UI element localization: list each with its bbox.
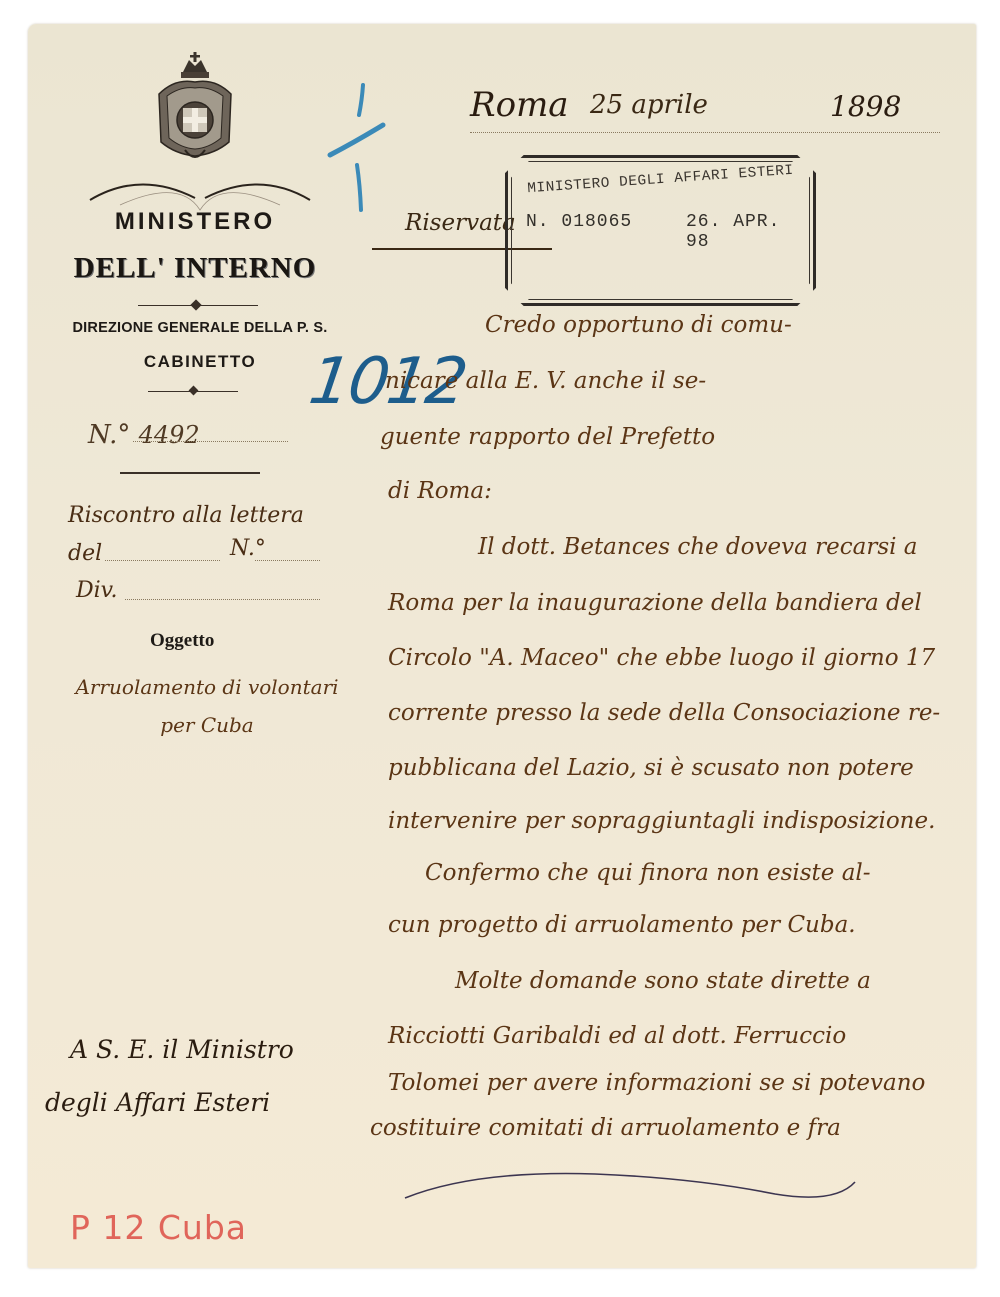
body-line: pubblicana del Lazio, si è scusato non p…: [388, 755, 914, 781]
n-dotline: [255, 560, 320, 561]
div-dotline: [125, 599, 320, 600]
protocol-number: N.° 4492: [88, 420, 200, 450]
body-line: Confermo che qui finora non esiste al-: [425, 860, 871, 886]
body-line: corrente presso la sede della Consociazi…: [388, 700, 940, 726]
body-line: cun progetto di arruolamento per Cuba.: [388, 912, 856, 938]
subject-label: Oggetto: [150, 630, 214, 652]
body-line: guente rapporto del Prefetto: [380, 424, 715, 450]
office-name: CABINETTO: [50, 352, 350, 372]
subject-line2: per Cuba: [62, 706, 352, 744]
del-label: del: [68, 541, 102, 566]
receipt-stamp: MINISTERO DEGLI AFFARI ESTERI N. 018065 …: [505, 155, 816, 306]
body-line: costituire comitati di arruolamento e fr…: [370, 1115, 841, 1141]
date-year: 1898: [830, 90, 901, 123]
body-line: di Roma:: [388, 478, 492, 504]
protocol-label: N.°: [88, 420, 130, 450]
body-line: Ricciotti Garibaldi ed al dott. Ferrucci…: [388, 1023, 846, 1049]
body-line: Credo opportuno di comu-: [485, 312, 792, 338]
date-place: Roma: [470, 85, 569, 125]
body-line: Tolomei per avere informazioni se si pot…: [388, 1070, 925, 1096]
subject-line1: Arruolamento di volontari: [62, 668, 352, 706]
n-label: N.°: [230, 536, 266, 561]
blue-cross-mark-icon: [325, 80, 395, 220]
red-archive-note: P 12 Cuba: [70, 1208, 247, 1247]
addressee-line1: A S. E. il Ministro: [70, 1035, 294, 1064]
body-line: Il dott. Betances che doveva recarsi a: [478, 534, 918, 560]
ministry-title-line1: MINISTERO: [60, 208, 330, 236]
body-line: Circolo "A. Maceo" che ebbe luogo il gio…: [388, 645, 935, 671]
ministry-title-line2: DELL' INTERNO: [40, 252, 350, 285]
riscontro-label: Riscontro alla lettera: [68, 503, 304, 528]
savoy-coat-of-arms-icon: [145, 52, 245, 172]
classification-label: Riservata: [405, 210, 516, 236]
body-line: nicare alla E. V. anche il se-: [385, 368, 706, 394]
date-day-month: 25 aprile: [590, 90, 708, 120]
stamp-number: N. 018065: [526, 212, 632, 232]
closing-flourish: [395, 1160, 875, 1210]
department-name: DIREZIONE GENERALE DELLA P. S.: [50, 320, 350, 336]
protocol-dotline: [133, 441, 288, 442]
protocol-value: 4492: [139, 421, 200, 449]
body-line: Molte domande sono state dirette a: [455, 968, 871, 994]
del-dotline: [105, 560, 220, 561]
div-label: Div.: [76, 578, 118, 603]
subject-text: Arruolamento di volontari per Cuba: [62, 668, 352, 744]
body-line: intervenire per sopraggiuntagli indispos…: [388, 808, 935, 834]
addressee-line2: degli Affari Esteri: [45, 1088, 270, 1117]
body-line: Roma per la inaugurazione della bandiera…: [388, 590, 922, 616]
section-rule: [120, 472, 260, 474]
stamp-date: 26. APR. 98: [686, 212, 813, 252]
dateline-dotline: [470, 132, 940, 133]
